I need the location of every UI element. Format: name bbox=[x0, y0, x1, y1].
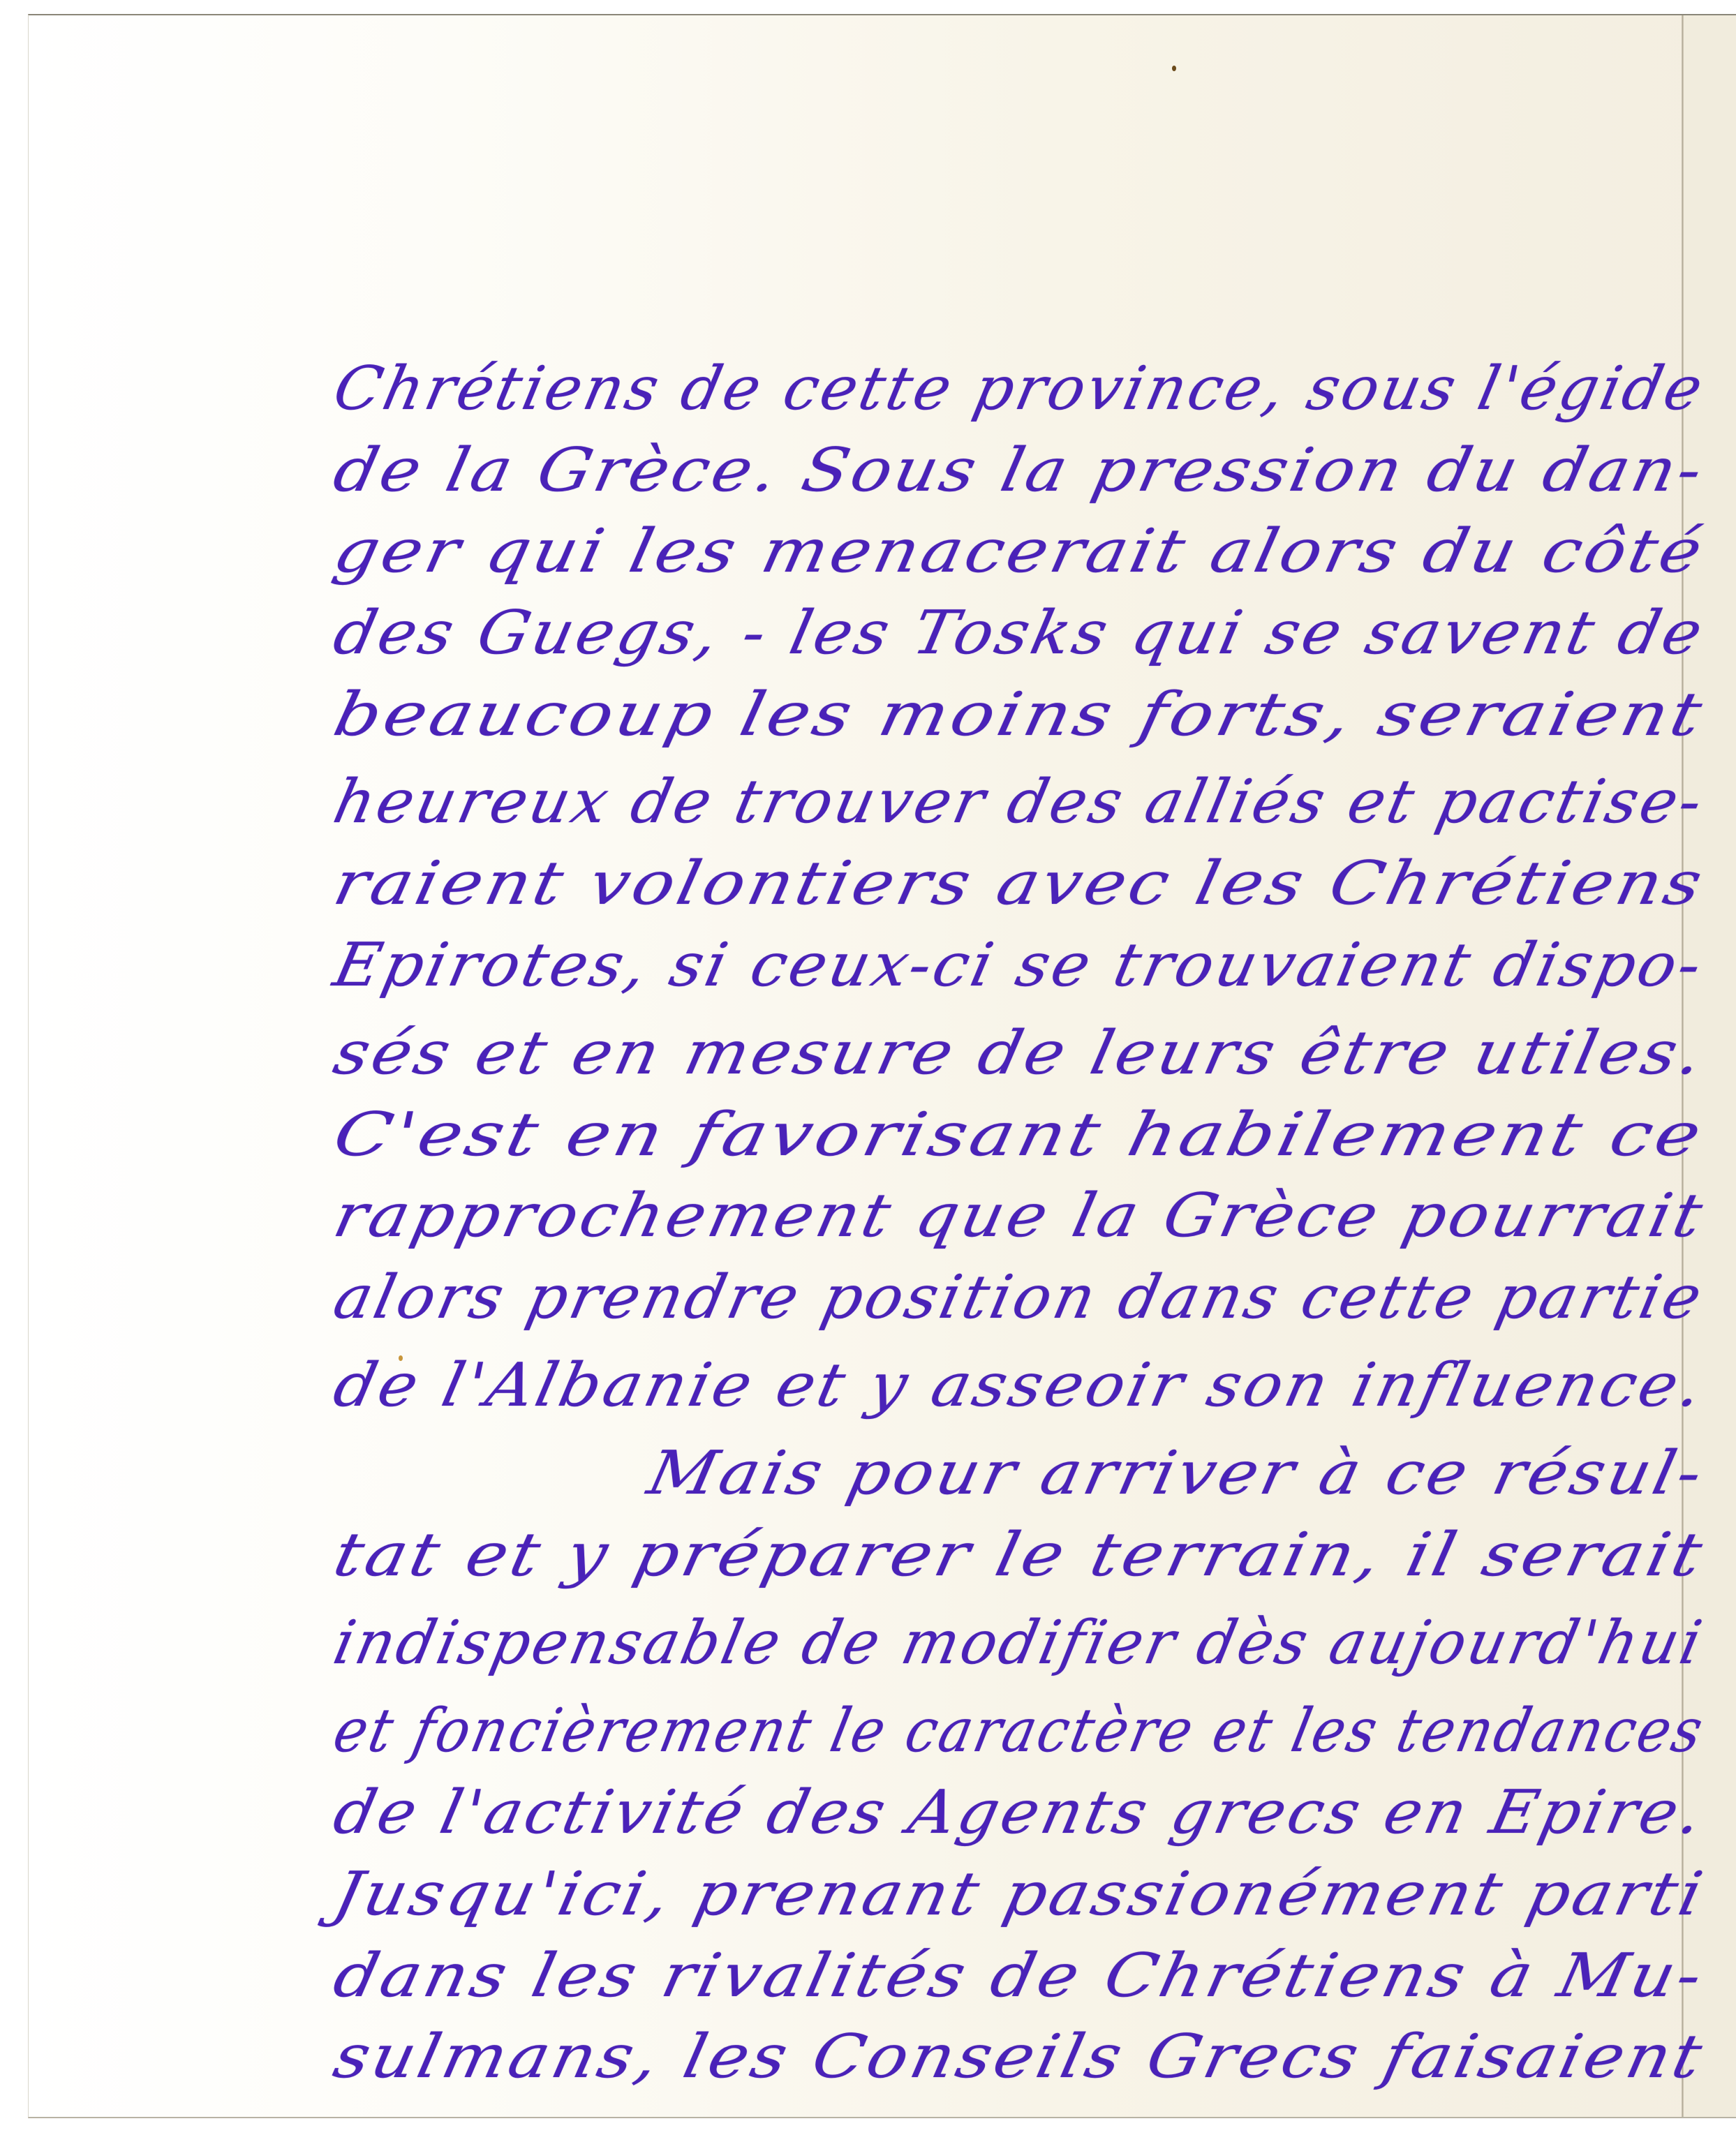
text-line-13: de l'Albanie et y asseoir son influence. bbox=[329, 1355, 1710, 1415]
text-line-9: sés et en mesure de leurs être utiles. bbox=[329, 1023, 1710, 1083]
text-line-2: de la Grèce. Sous la pression du dan- bbox=[329, 440, 1710, 500]
paper-speck bbox=[1172, 66, 1176, 71]
text-line-7: raient volontiers avec les Chrétiens bbox=[329, 854, 1710, 914]
text-line-17: et foncièrement le caractère et les tend… bbox=[329, 1701, 1710, 1761]
text-line-20: dans les rivalités de Chrétiens à Mu- bbox=[329, 1946, 1710, 2006]
text-line-16: indispensable de modifier dès aujourd'hu… bbox=[329, 1613, 1709, 1673]
text-line-15: tat et y préparer le terrain, il serait bbox=[329, 1525, 1710, 1585]
text-line-14-indented: Mais pour arriver à ce résul- bbox=[643, 1443, 1710, 1503]
text-line-12: alors prendre position dans cette partie bbox=[329, 1267, 1709, 1327]
text-line-10: C'est en favorisant habilement ce bbox=[329, 1105, 1709, 1165]
text-line-8: Epirotes, si ceux-ci se trouvaient dispo… bbox=[329, 935, 1709, 995]
text-line-1: Chrétiens de cette province, sous l'égid… bbox=[329, 359, 1710, 419]
text-line-18: de l'activité des Agents grecs en Epire. bbox=[329, 1783, 1709, 1843]
text-line-3: ger qui les menacerait alors du côté bbox=[329, 521, 1710, 581]
text-line-4: des Guegs, - les Tosks qui se savent de bbox=[329, 603, 1710, 663]
text-line-21: sulmans, les Conseils Grecs faisaient bbox=[329, 2027, 1709, 2087]
manuscript-page: Chrétiens de cette province, sous l'égid… bbox=[28, 14, 1736, 2118]
text-line-19: Jusqu'ici, prenant passionément parti bbox=[329, 1864, 1710, 1924]
text-line-5: beaucoup les moins forts, seraient bbox=[329, 685, 1710, 745]
text-line-6: heureux de trouver des alliés et pactise… bbox=[329, 772, 1710, 832]
text-line-11: rapprochement que la Grèce pourrait bbox=[329, 1186, 1710, 1246]
